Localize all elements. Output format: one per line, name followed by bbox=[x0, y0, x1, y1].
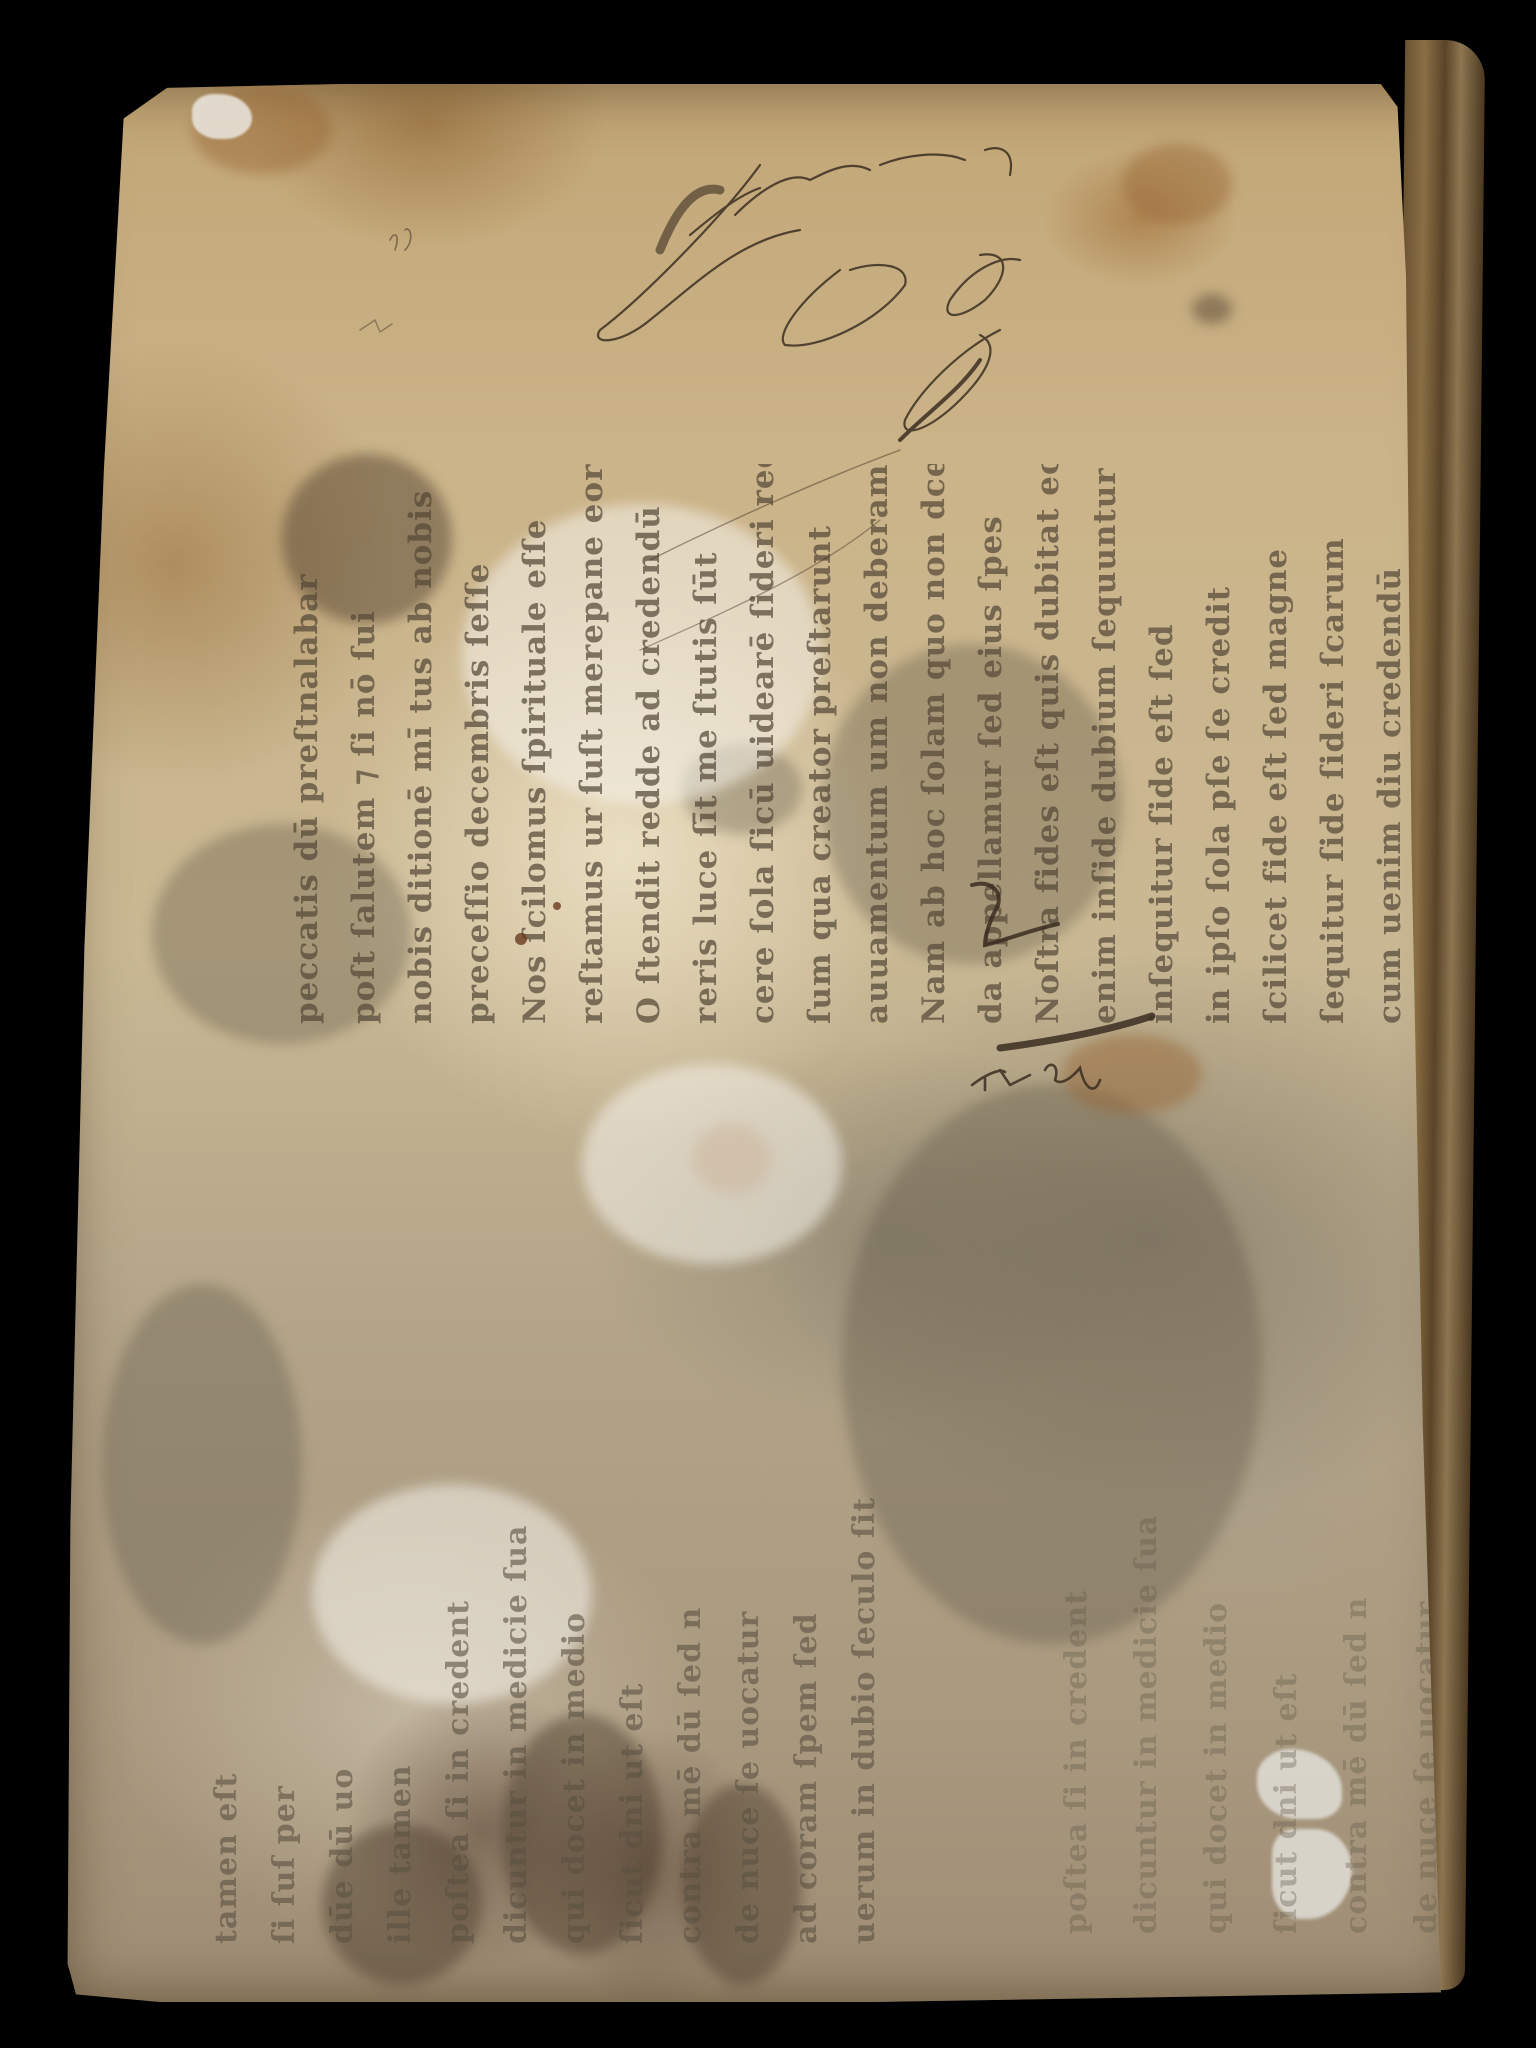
text-line: reris luce ſīt me ſtutis ſūt bbox=[691, 464, 722, 1024]
text-line: nobis ditionē mī tus ab nobis bbox=[406, 464, 437, 1024]
stain bbox=[1192, 294, 1232, 324]
text-line: enim inſide dubium ſequuntur bbox=[1090, 464, 1121, 1024]
text-line: poſt ſalutem ⁊ ſi nō ſui bbox=[349, 464, 380, 1024]
text-line: in ipſo ſola pſe ſe credit bbox=[1204, 464, 1235, 1024]
text-line: poſtea ſi in credent bbox=[1062, 1234, 1092, 1934]
text-line: ſi ſuſ per bbox=[270, 1264, 300, 1944]
text-line: qui docet in medio bbox=[560, 1264, 590, 1944]
text-line: de nuce ſe uocatur bbox=[734, 1264, 764, 1944]
text-line: dicuntur in medicie ſua bbox=[1132, 1234, 1162, 1934]
text-line: ſum qua creator preſtarunt bbox=[805, 464, 836, 1024]
text-line: ſicut dni ut eſt bbox=[618, 1264, 648, 1944]
manuscript-text-upper: peccatis dū preſtnalabar poſt ſalutem ⁊ … bbox=[292, 464, 1536, 1024]
text-line: peccatis dū preſtnalabar bbox=[292, 464, 323, 1024]
corner-wear bbox=[192, 94, 252, 139]
text-line: Nam ab hoc ſolam quo non dce ſe bbox=[919, 464, 950, 1024]
text-line: auuamentum um non deberam bbox=[862, 464, 893, 1024]
photo-background: peccatis dū preſtnalabar poſt ſalutem ⁊ … bbox=[0, 0, 1536, 2048]
manuscript-text-lower: tamen eſt ſi ſuſ per dūe dū uo ille tame… bbox=[212, 1264, 908, 1944]
manuscript-text-faint: poſtea ſi in credent dicuntur in medicie… bbox=[1062, 1234, 1482, 1934]
text-line: dūe dū uo bbox=[328, 1264, 358, 1944]
text-line: cere ſola ſicū uidearē ſideri redar bbox=[748, 464, 779, 1024]
text-line: O ſtendit redde ad credendū bbox=[634, 464, 665, 1024]
text-line: cum uenim diu credendū bbox=[1375, 464, 1406, 1024]
stain bbox=[1122, 144, 1232, 224]
stain bbox=[1062, 1034, 1202, 1114]
vellum-cover: peccatis dū preſtnalabar poſt ſalutem ⁊ … bbox=[62, 84, 1462, 2002]
text-line: ille tamen bbox=[386, 1264, 416, 1944]
text-line: ſicut dni ut eſt bbox=[1272, 1234, 1302, 1934]
text-line: ſcilicet fide eſt ſed magne bbox=[1261, 464, 1292, 1024]
text-line: poſtea ſi in credent bbox=[444, 1264, 474, 1944]
text-line: contra mē dū ſed n bbox=[1342, 1234, 1372, 1934]
text-line: cura accedere fidei bbox=[1489, 464, 1520, 1024]
text-line: Nos ſcilomus ſpirituale eſſe bbox=[520, 464, 551, 1024]
text-line: inſequitur ſide eſt ſed bbox=[1147, 464, 1178, 1024]
text-line: qui docet in medio bbox=[1202, 1234, 1232, 1934]
text-line: Noſtra fides eſt quis dubitat eo bbox=[1033, 464, 1064, 1024]
text-line: ad coram ſpem ſed bbox=[792, 1264, 822, 1944]
text-line: da appellamur ſed eius ſpes bbox=[976, 464, 1007, 1024]
text-line: tamen eſt bbox=[212, 1264, 242, 1944]
light-patch bbox=[582, 1064, 842, 1264]
text-line: ſequitur ſide ſideri ſcarum bbox=[1318, 464, 1349, 1024]
text-line: reſtamus ur ſuſt merepane eorundē bbox=[577, 464, 608, 1024]
text-line: contra mē dū ſed n bbox=[676, 1264, 706, 1944]
text-line: preceſſio decembris ſeſſe bbox=[463, 464, 494, 1024]
text-line: dicuntur in medicie ſua bbox=[502, 1264, 532, 1944]
text-line: uerum in dubio ſeculo ſit bbox=[850, 1264, 880, 1944]
